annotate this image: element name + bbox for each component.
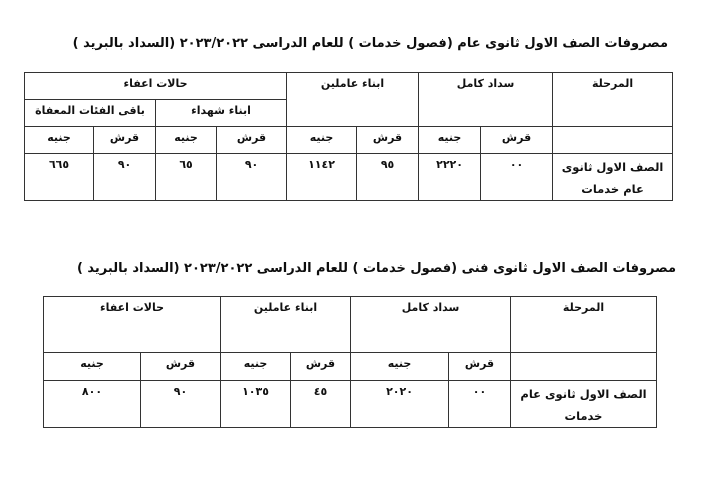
- fees-table-general: المرحلة سداد كامل ابناء عاملين حالات اعف…: [24, 72, 673, 201]
- other-exempt-pound: ٦٦٥: [25, 154, 94, 201]
- table1-title: مصروفات الصف الاول ثانوى عام (فصول خدمات…: [73, 36, 668, 51]
- header-piaster: قرش: [357, 127, 419, 154]
- header-other-exempt: باقى الفئات المعفاة: [25, 100, 156, 127]
- header-stage: المرحلة: [553, 73, 673, 127]
- exemption-piaster: ٩٠: [141, 381, 221, 428]
- header-exemption-cases: حالات اعفاء: [25, 73, 287, 100]
- workers-children-piaster: ٤٥: [291, 381, 351, 428]
- other-exempt-piaster: ٩٠: [94, 154, 156, 201]
- full-payment-piaster: ٠٠: [481, 154, 553, 201]
- header-workers-children: ابناء عاملين: [221, 297, 351, 353]
- header-workers-children: ابناء عاملين: [287, 73, 419, 127]
- header-piaster: قرش: [217, 127, 287, 154]
- martyrs-children-pound: ٦٥: [156, 154, 217, 201]
- header-stage-blank: [553, 127, 673, 154]
- workers-children-pound: ١٠٣٥: [221, 381, 291, 428]
- header-full-payment: سداد كامل: [351, 297, 511, 353]
- header-pound: جنيه: [419, 127, 481, 154]
- stage-cell: الصف الاول ثانوى عام خدمات: [553, 154, 673, 201]
- table-row: الصف الاول ثانوى عام خدمات ٠٠ ٢٠٢٠ ٤٥ ١٠…: [44, 381, 657, 428]
- martyrs-children-piaster: ٩٠: [217, 154, 287, 201]
- full-payment-pound: ٢٠٢٠: [351, 381, 449, 428]
- fees-table-technical: المرحلة سداد كامل ابناء عاملين حالات اعف…: [43, 296, 657, 428]
- header-piaster: قرش: [481, 127, 553, 154]
- header-piaster: قرش: [94, 127, 156, 154]
- header-piaster: قرش: [291, 353, 351, 381]
- workers-children-piaster: ٩٥: [357, 154, 419, 201]
- header-piaster: قرش: [141, 353, 221, 381]
- stage-cell: الصف الاول ثانوى عام خدمات: [511, 381, 657, 428]
- header-pound: جنيه: [287, 127, 357, 154]
- header-stage-blank: [511, 353, 657, 381]
- table-row: الصف الاول ثانوى عام خدمات ٠٠ ٢٢٢٠ ٩٥ ١١…: [25, 154, 673, 201]
- header-pound: جنيه: [156, 127, 217, 154]
- full-payment-pound: ٢٢٢٠: [419, 154, 481, 201]
- table2-title: مصروفات الصف الاول ثانوى فنى (فصول خدمات…: [77, 261, 676, 276]
- header-piaster: قرش: [449, 353, 511, 381]
- header-pound: جنيه: [44, 353, 141, 381]
- exemption-pound: ٨٠٠: [44, 381, 141, 428]
- header-exemption-cases: حالات اعفاء: [44, 297, 221, 353]
- header-full-payment: سداد كامل: [419, 73, 553, 127]
- header-pound: جنيه: [221, 353, 291, 381]
- workers-children-pound: ١١٤٢: [287, 154, 357, 201]
- header-stage: المرحلة: [511, 297, 657, 353]
- full-payment-piaster: ٠٠: [449, 381, 511, 428]
- header-martyrs-children: ابناء شهداء: [156, 100, 287, 127]
- header-pound: جنيه: [351, 353, 449, 381]
- header-pound: جنيه: [25, 127, 94, 154]
